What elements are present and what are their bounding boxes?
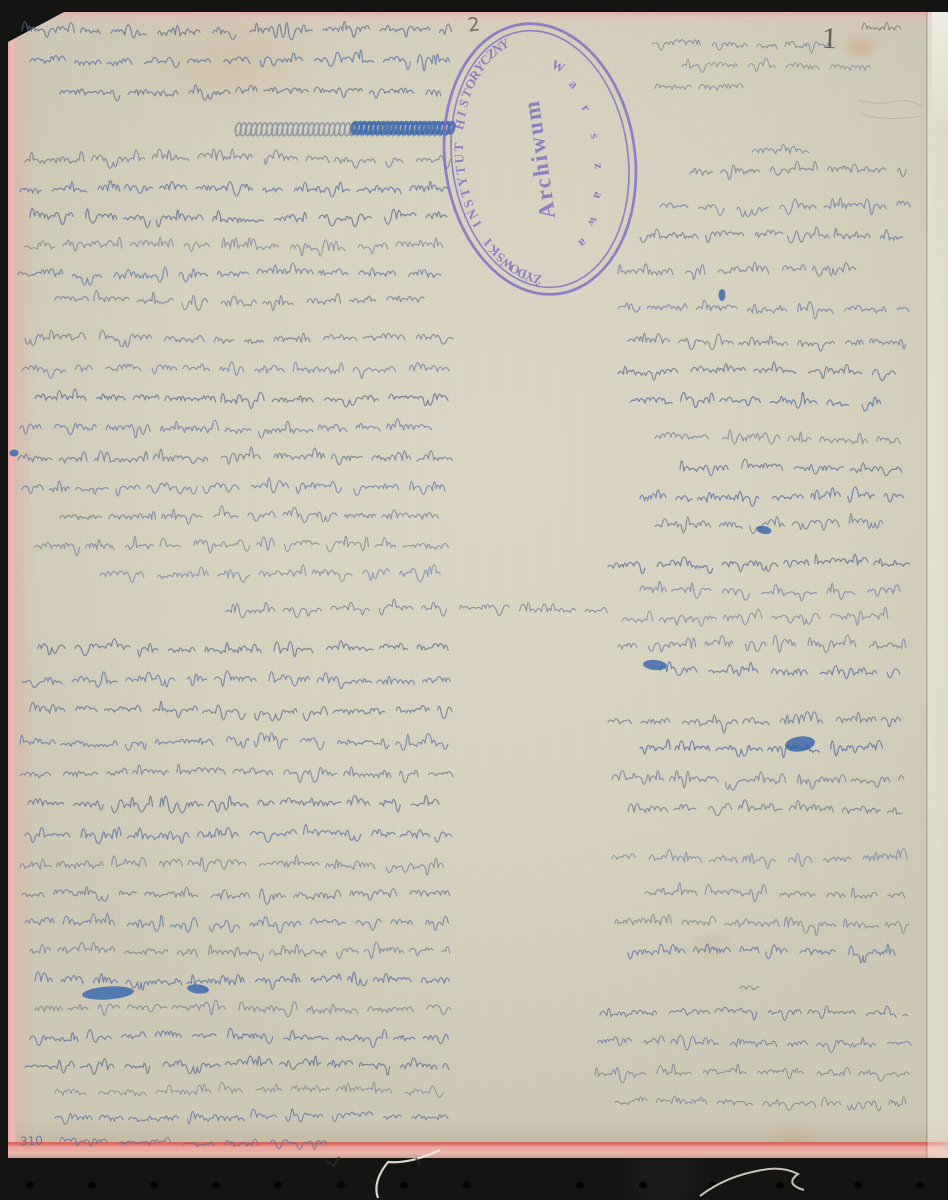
scanner-hole xyxy=(150,1181,158,1188)
scanner-hole xyxy=(639,1181,647,1188)
scanner-hole xyxy=(776,1181,784,1188)
scanner-holes xyxy=(26,1181,924,1188)
white-thread xyxy=(700,1169,804,1196)
edge-tick xyxy=(326,1157,339,1166)
scanner-hole xyxy=(26,1181,34,1188)
scanner-hole xyxy=(463,1181,471,1188)
scanner-hole xyxy=(400,1181,408,1188)
scanner-hole xyxy=(337,1181,345,1188)
scanner-hole xyxy=(212,1181,220,1188)
scanner-hole xyxy=(88,1181,96,1188)
scanner-hole xyxy=(854,1181,862,1188)
scanner-artifacts-layer xyxy=(0,0,948,1200)
scanner-hole xyxy=(576,1181,584,1188)
scanned-manuscript: ŻYDOWSKI INSTYTUT HISTORYCZNYWarszawaArc… xyxy=(0,0,948,1200)
scanner-hole xyxy=(274,1181,282,1188)
scanner-hole xyxy=(916,1181,924,1188)
white-thread xyxy=(376,1150,440,1198)
